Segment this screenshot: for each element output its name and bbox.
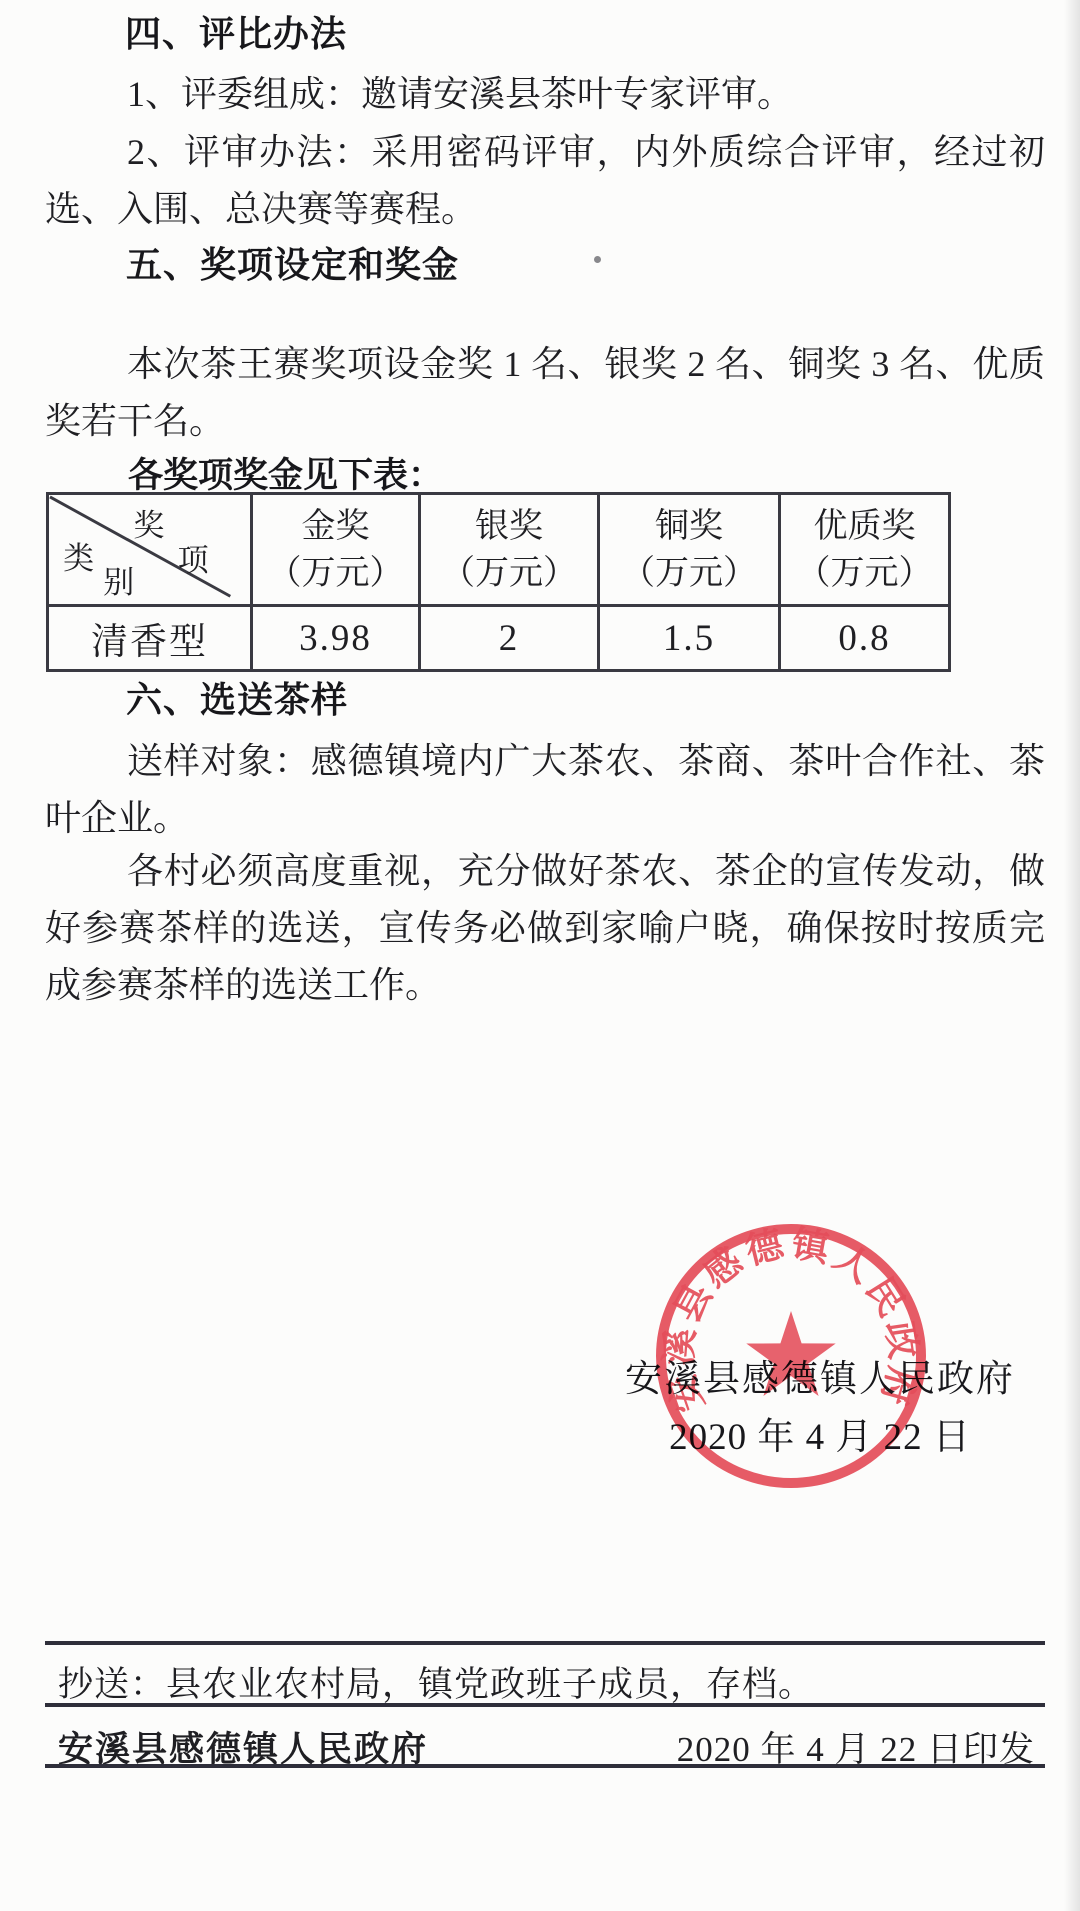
scan-edge-shading (1064, 0, 1080, 1911)
column-header-bronze: 铜奖 （万元） (599, 494, 780, 606)
section5-paragraph: 本次茶王赛奖项设金奖 1 名、银奖 2 名、铜奖 3 名、优质奖若干名。 (45, 336, 1045, 450)
section6-heading: 六、选送茶样 (126, 678, 348, 722)
table-intro: 各奖项奖金见下表： (128, 448, 443, 498)
section6-paragraph1: 送样对象：感德镇境内广大茶农、茶商、茶叶合作社、茶叶企业。 (45, 733, 1045, 847)
column-title: 铜奖 (600, 503, 778, 550)
corner-category-char-2: 别 (103, 567, 134, 598)
seal-star-icon (746, 1311, 835, 1396)
column-unit: （万元） (600, 550, 778, 597)
scan-speck (594, 256, 601, 263)
bronze-prize-value: 1.5 (599, 606, 780, 671)
section4-heading: 四、评比办法 (125, 12, 347, 56)
section4-item1: 1、评委组成：邀请安溪县茶叶专家评审。 (45, 66, 1045, 123)
column-unit: （万元） (421, 550, 597, 597)
section6-paragraph2: 各村必须高度重视，充分做好茶农、茶企的宣传发动，做好参赛茶样的选送，宣传务必做到… (45, 843, 1045, 1014)
table-corner-cell: 奖 项 类 别 (48, 494, 252, 606)
quality-prize-value: 0.8 (780, 606, 950, 671)
column-header-quality: 优质奖 （万元） (780, 494, 950, 606)
footer-cc-line: 抄送：县农业农村局，镇党政班子成员，存档。 (58, 1657, 814, 1707)
footer-divider-middle (45, 1703, 1045, 1707)
column-title: 优质奖 (781, 503, 948, 550)
corner-category-char-1: 类 (63, 543, 94, 574)
silver-prize-value: 2 (420, 606, 599, 671)
document-page: 四、评比办法 1、评委组成：邀请安溪县茶叶专家评审。 2、评审办法：采用密码评审… (0, 0, 1080, 1911)
column-unit: （万元） (781, 550, 948, 597)
corner-award-char-2: 项 (178, 545, 209, 576)
column-header-gold: 金奖 （万元） (252, 494, 420, 606)
table-header-row: 奖 项 类 别 金奖 （万元） 银奖 （万元） 铜奖 （万元） 优质奖 （万元） (48, 494, 950, 606)
footer-divider-top (45, 1641, 1045, 1645)
footer-divider-bottom (45, 1764, 1045, 1768)
official-red-seal: 安溪县感德镇人民政府 (645, 1210, 937, 1502)
section4-item2: 2、评审办法：采用密码评审，内外质综合评审，经过初选、入围、总决赛等赛程。 (45, 124, 1045, 238)
section5-heading: 五、奖项设定和奖金 (126, 243, 459, 287)
column-title: 银奖 (421, 503, 597, 550)
table-data-row: 清香型 3.98 2 1.5 0.8 (48, 606, 950, 671)
corner-award-char-1: 奖 (133, 510, 164, 541)
column-unit: （万元） (253, 550, 418, 597)
prize-table: 奖 项 类 别 金奖 （万元） 银奖 （万元） 铜奖 （万元） 优质奖 （万元） (46, 492, 951, 672)
gold-prize-value: 3.98 (252, 606, 420, 671)
column-title: 金奖 (253, 503, 418, 550)
column-header-silver: 银奖 （万元） (420, 494, 599, 606)
row-category: 清香型 (48, 606, 252, 671)
